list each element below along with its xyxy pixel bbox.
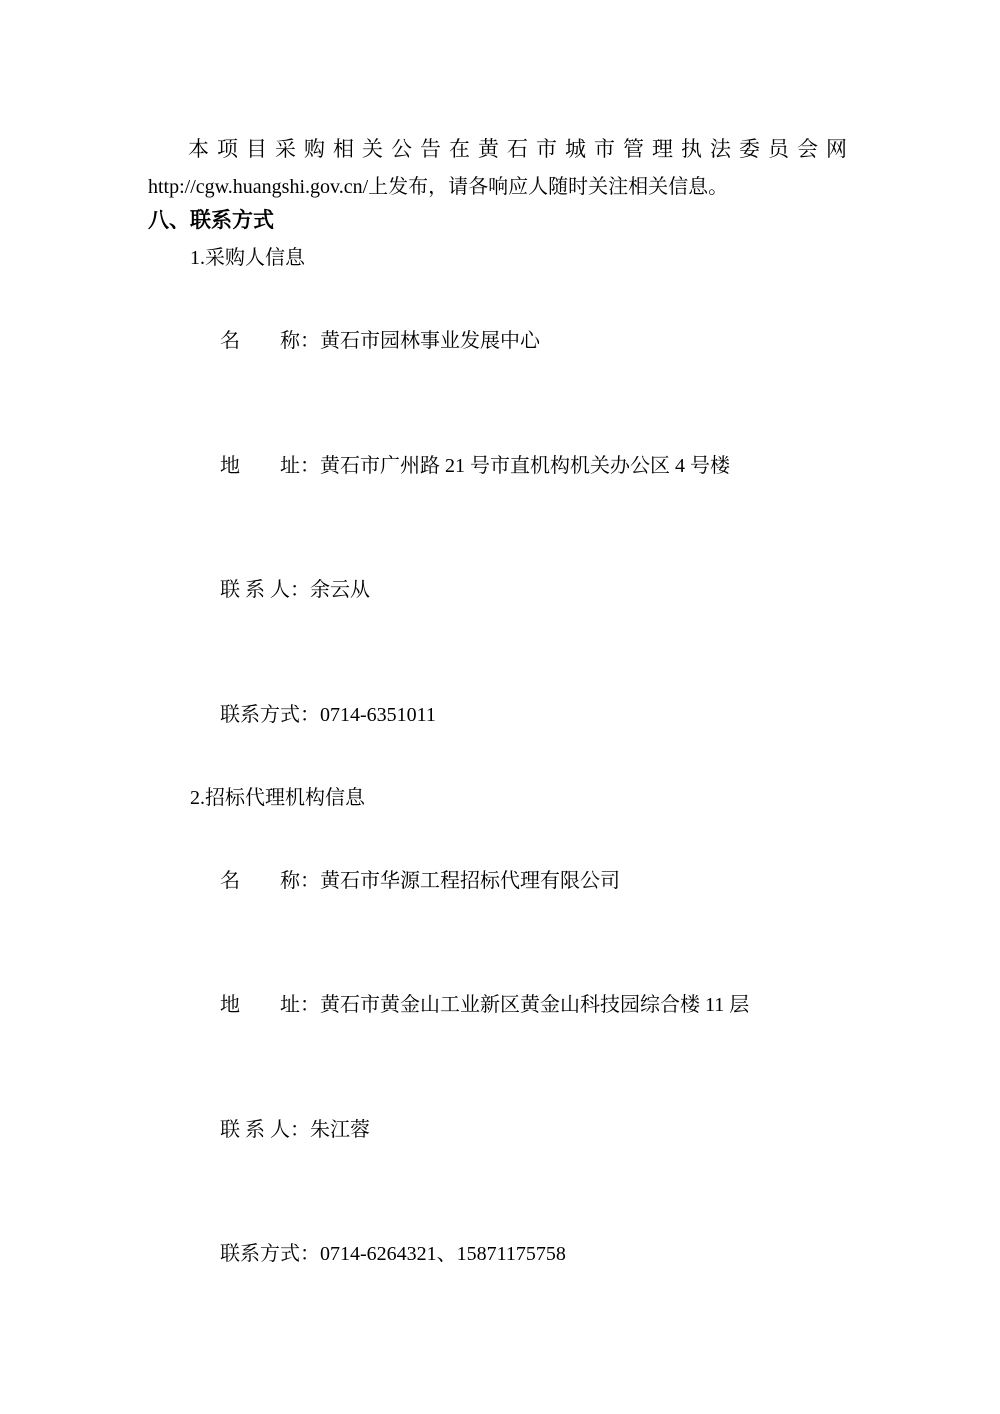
row-value: 0714-6351011	[320, 704, 436, 726]
announcement-line-1: 本项目采购相关公告在黄石市城市管理执法委员会网	[148, 128, 852, 170]
agency-name-row: 名 称：黄石市华源工程招标代理有限公司	[148, 819, 852, 944]
agency-address-row: 地 址：黄石市黄金山工业新区黄金山科技园综合楼 11 层	[148, 944, 852, 1069]
row-value: 余云从	[310, 579, 370, 601]
row-label: 名 称：	[220, 330, 320, 352]
purchaser-address-row: 地 址：黄石市广州路 21 号市直机构机关办公区 4 号楼	[148, 404, 852, 529]
announcement-paragraph: 本项目采购相关公告在黄石市城市管理执法委员会网 http://cgw.huang…	[148, 128, 852, 204]
row-label: 联 系 人：	[220, 579, 310, 601]
row-value: 0714-6264321、15871175758	[320, 1243, 566, 1265]
purchaser-info-section: 1.采购人信息 名 称：黄石市园林事业发展中心 地 址：黄石市广州路 21 号市…	[148, 238, 852, 778]
agency-info-section: 2.招标代理机构信息 名 称：黄石市华源工程招标代理有限公司 地 址：黄石市黄金…	[148, 778, 852, 1318]
announcement-line-2: http://cgw.huangshi.gov.cn/上发布，请各响应人随时关注…	[148, 170, 852, 204]
row-value: 朱江蓉	[310, 1119, 370, 1141]
purchaser-info-title: 1.采购人信息	[148, 238, 852, 280]
row-label: 联系方式：	[220, 704, 320, 726]
row-label: 地 址：	[220, 455, 320, 477]
row-label: 联系方式：	[220, 1243, 320, 1265]
row-label: 名 称：	[220, 870, 320, 892]
agency-info-title: 2.招标代理机构信息	[148, 778, 852, 820]
agency-phone-row: 联系方式：0714-6264321、15871175758	[148, 1193, 852, 1318]
purchaser-name-row: 名 称：黄石市园林事业发展中心	[148, 280, 852, 405]
row-value: 黄石市华源工程招标代理有限公司	[320, 870, 620, 892]
row-value: 黄石市黄金山工业新区黄金山科技园综合楼 11 层	[320, 994, 749, 1016]
purchaser-phone-row: 联系方式：0714-6351011	[148, 653, 852, 778]
purchaser-contact-person-row: 联 系 人：余云从	[148, 529, 852, 654]
row-value: 黄石市广州路 21 号市直机构机关办公区 4 号楼	[320, 455, 730, 477]
row-label: 联 系 人：	[220, 1119, 310, 1141]
agency-contact-person-row: 联 系 人：朱江蓉	[148, 1068, 852, 1193]
row-value: 黄石市园林事业发展中心	[320, 330, 540, 352]
row-label: 地 址：	[220, 994, 320, 1016]
document-page: 本项目采购相关公告在黄石市城市管理执法委员会网 http://cgw.huang…	[0, 0, 1000, 1414]
contact-section-heading: 八、联系方式	[148, 204, 852, 238]
